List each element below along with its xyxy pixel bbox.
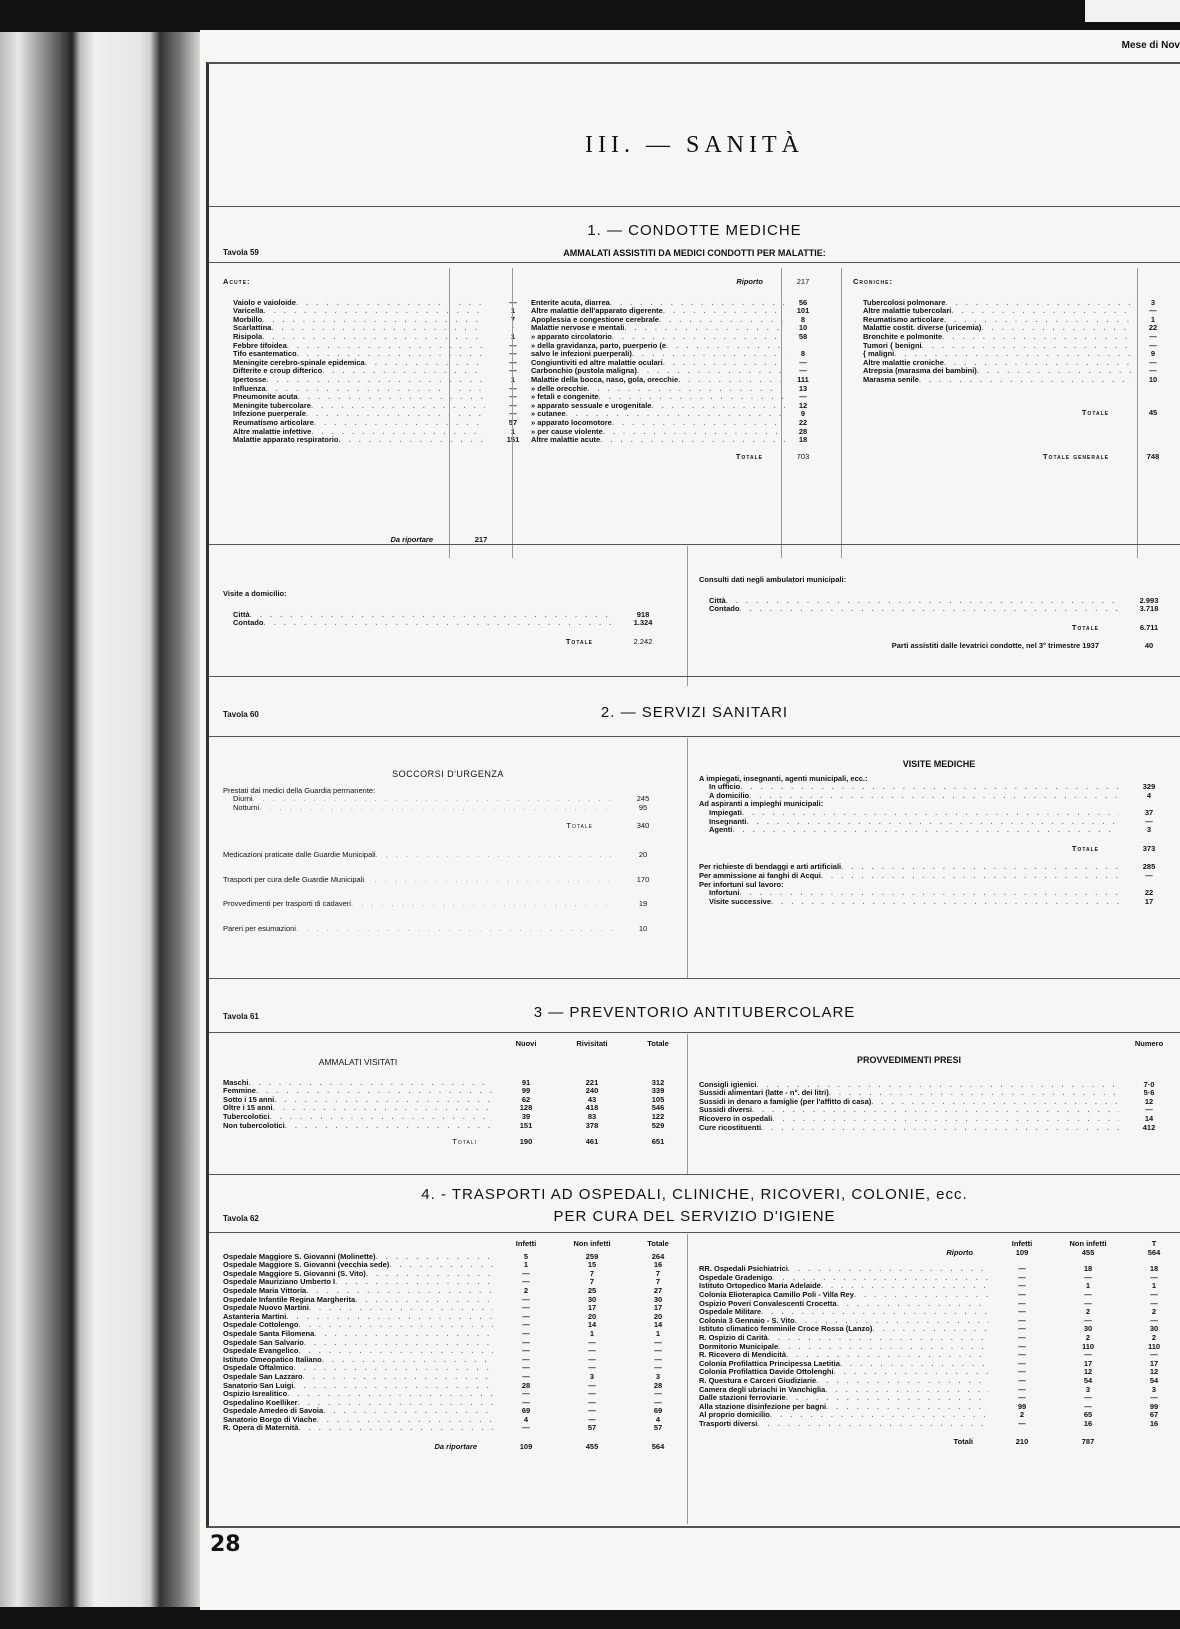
consulti-total-label: Totale (699, 624, 1119, 633)
leader-dots (366, 1270, 493, 1279)
leader-dots (821, 872, 1119, 881)
item-label: Pareri per esumazioni (223, 925, 296, 934)
column-rule (1137, 268, 1138, 558)
item-value: 17 (1119, 898, 1179, 907)
group3-label: Per infortuni sul lavoro: (699, 881, 1179, 890)
table-cell: — (493, 1424, 559, 1433)
leader-dots (270, 1113, 493, 1122)
item-value: 4 (1119, 792, 1179, 801)
table-cell: 54 (1121, 1377, 1180, 1386)
leader-dots (338, 436, 485, 445)
visite-domicilio: Visite a domicilio: Città918Contado1.324… (223, 590, 673, 646)
item-value: — (1119, 872, 1179, 881)
leader-dots (788, 1265, 989, 1274)
list-item: Notturni95 (223, 804, 673, 813)
item-value: 18 (785, 436, 821, 445)
list-item: Città2.993 (699, 597, 1179, 606)
leader-dots (761, 1124, 1119, 1133)
leader-dots (825, 1386, 989, 1395)
leader-dots (293, 1382, 493, 1391)
leader-dots (287, 1390, 493, 1399)
item-label: R. Opera di Maternità (223, 1424, 298, 1433)
item-label: Notturni (233, 804, 259, 813)
leader-dots (871, 1098, 1119, 1107)
leader-dots (314, 419, 485, 428)
consulti-heading: Consulti dati negli ambulatori municipal… (699, 576, 1179, 585)
item-value: 412 (1119, 1124, 1179, 1133)
column-rule (687, 546, 688, 686)
table-row: Alla stazione disinfezione per bagni99—9… (699, 1403, 1180, 1412)
leader-dots (266, 376, 485, 385)
list-item: Provvedimenti per trasporti di cadaveri1… (223, 900, 673, 909)
table-row: R. Opera di Maternità—5757 (223, 1424, 693, 1433)
list-item: Ricovero in ospedali14 (699, 1115, 1179, 1124)
group2-label: Ad aspiranti a impieghi municipali: (699, 800, 1179, 809)
table-row: Istituto climatico femminile Croce Rossa… (699, 1325, 1180, 1334)
section-title-preventorio: 3 — PREVENTORIO ANTITUBERCOLARE (209, 1004, 1180, 1021)
total-value: 703 (785, 453, 821, 462)
leader-dots (271, 324, 485, 333)
ammalati-total-label: Totali (223, 1138, 493, 1147)
acute-list: Acute: Vaiolo e vaioloide—Varicella1Morb… (223, 278, 541, 445)
column-rule (449, 268, 450, 558)
leader-dots (323, 1407, 493, 1416)
item-value: 1.324 (613, 619, 673, 628)
table-row: Ospedale Nuovo Martini—1717 (223, 1304, 693, 1313)
table-row: Ospizio Poveri Convalescenti Crocetta——— (699, 1300, 1180, 1309)
list-item: Agenti3 (699, 826, 1179, 835)
leader-dots (826, 1403, 989, 1412)
leader-dots (840, 1360, 989, 1369)
table-row: Oltre i 15 anni128418546 (223, 1104, 693, 1113)
table-cell: — (1121, 1274, 1180, 1283)
document-page: Mese di Nov III. — SANITÀ 1. — CONDOTTE … (200, 30, 1180, 1610)
croniche-total-value: 45 (1133, 409, 1173, 418)
row-label: R. Opera di Maternità (223, 1424, 493, 1433)
leader-dots (248, 1079, 493, 1088)
leader-dots (854, 1291, 989, 1300)
list-item: Insegnanti— (699, 818, 1179, 827)
list-item: Tumori { benigni— (853, 342, 1173, 351)
leader-dots (296, 925, 613, 934)
croniche-list: Croniche: Tubercolosi polmonare3Altre ma… (853, 278, 1173, 462)
total-cell: 787 (1055, 1438, 1121, 1447)
leader-dots (298, 1399, 493, 1408)
leader-dots (981, 324, 1133, 333)
leader-dots (678, 376, 785, 385)
leader-dots (311, 402, 485, 411)
item-label: Non tubercolotici (223, 1122, 285, 1131)
item-label: Trasporti diversi (699, 1420, 757, 1429)
leader-dots (740, 783, 1119, 792)
item-value: 20 (613, 851, 673, 860)
leader-dots (951, 307, 1133, 316)
row-label: Non tubercolotici (223, 1122, 493, 1131)
divider (209, 736, 1180, 737)
leader-dots (663, 307, 785, 316)
leader-dots (364, 876, 613, 885)
table-cell: 16 (1121, 1420, 1180, 1429)
leader-dots (771, 898, 1119, 907)
leader-dots (274, 1096, 493, 1105)
total-cell: 461 (559, 1138, 625, 1147)
list-item: Vaiolo e vaioloide— (223, 299, 541, 308)
table-row: Maschi91221312 (223, 1079, 693, 1088)
leader-dots (977, 367, 1133, 376)
column-header: Totale (625, 1240, 691, 1249)
list-item: Diurni245 (223, 795, 673, 804)
item-value: 58 (785, 333, 821, 342)
leader-dots (298, 1424, 493, 1433)
leader-dots (829, 1089, 1119, 1098)
provvedimenti-heading: PROVVEDIMENTI PRESI (699, 1040, 1119, 1065)
total-cell (1121, 1438, 1180, 1447)
section-title-trasporti: 4. - TRASPORTI AD OSPEDALI, CLINICHE, RI… (209, 1186, 1180, 1203)
item-label: Altre malattie acute (531, 436, 600, 445)
leader-dots (768, 1334, 989, 1343)
table-cell: 16 (1055, 1420, 1121, 1429)
column-header: Infetti (493, 1240, 559, 1249)
leader-dots (612, 419, 785, 428)
leader-dots (778, 1343, 989, 1352)
acute-cont-list: Riporto217 Enterite acuta, diarrea56Altr… (531, 278, 821, 461)
ammalati-heading: AMMALATI VISITATI (223, 1040, 493, 1067)
leader-dots (266, 385, 485, 394)
leader-dots (317, 1416, 493, 1425)
leader-dots (837, 1300, 989, 1309)
item-value: 10 (613, 925, 673, 934)
leader-dots (253, 795, 613, 804)
leader-dots (603, 428, 785, 437)
trasporti-total-label: Totali (699, 1438, 989, 1447)
list-item: Malattie apparato respiratorio151 (223, 436, 541, 445)
leader-dots (259, 804, 613, 813)
riporto-cell: 564 (1121, 1249, 1180, 1258)
table-row: Tubercolotici3983122 (223, 1113, 693, 1122)
list-item: Difterite e croup difterico— (223, 367, 541, 376)
leader-dots (263, 307, 485, 316)
column-rule (687, 1034, 688, 1174)
trasporti-carry-label: Da riportare (223, 1443, 493, 1452)
list-item: Infortuni22 (699, 889, 1179, 898)
soccorsi-urgenza: SOCCORSI D'URGENZA Prestati dai medici d… (223, 770, 673, 949)
consulti-total-value: 6.711 (1119, 624, 1179, 633)
leader-dots (726, 597, 1119, 606)
leader-dots (600, 436, 785, 445)
column-rule (512, 268, 513, 558)
croniche-total-label: Totale (853, 409, 1133, 418)
list-item: Altre malattie acute18 (531, 436, 821, 445)
item-value: 95 (613, 804, 673, 813)
leader-dots (651, 402, 785, 411)
main-title: III. — SANITÀ (209, 132, 1180, 159)
list-item: Impiegati37 (699, 809, 1179, 818)
leader-dots (351, 900, 613, 909)
list-item: Visite successive17 (699, 898, 1179, 907)
leader-dots (942, 333, 1133, 342)
riporto-cell: 109 (989, 1249, 1055, 1258)
leader-dots (256, 1087, 493, 1096)
visite-mediche: VISITE MEDICHE A impiegati, insegnanti, … (699, 760, 1179, 906)
leader-dots (335, 1278, 493, 1287)
leader-dots (919, 376, 1133, 385)
column-rule (687, 738, 688, 978)
leader-dots (293, 1364, 493, 1373)
leader-dots (262, 316, 485, 325)
running-head: Mese di Nov (1122, 40, 1180, 51)
provvedimenti-presi: PROVVEDIMENTI PRESI Numero Consigli igie… (699, 1040, 1179, 1132)
item-label: Medicazioni praticate dalle Guardie Muni… (223, 851, 376, 860)
leader-dots (322, 1356, 493, 1365)
leader-dots (322, 367, 485, 376)
total-label: Totale (531, 453, 785, 462)
divider (209, 262, 1180, 263)
leader-dots (624, 324, 785, 333)
table-row: Sotto i 15 anni6243105 (223, 1096, 693, 1105)
riporto-cell: 455 (1055, 1249, 1121, 1258)
leader-dots (663, 359, 785, 368)
item-label: Contado (233, 619, 263, 628)
row-label: Maschi (223, 1079, 493, 1088)
leader-dots (303, 1373, 493, 1382)
leader-dots (752, 1106, 1119, 1115)
vm-total-value: 373 (1119, 845, 1179, 854)
total-cell: 651 (625, 1138, 691, 1147)
leader-dots (309, 1304, 493, 1313)
column-rule (781, 268, 782, 558)
leader-dots (742, 809, 1119, 818)
item-label: Marasma senile (863, 376, 919, 385)
grand-total-label: Totale generale (853, 453, 1133, 462)
total-cell: 190 (493, 1138, 559, 1147)
leader-dots (250, 611, 613, 620)
column-header: Totale (625, 1040, 691, 1067)
carry-cell: 564 (625, 1443, 691, 1452)
leader-dots (841, 863, 1119, 872)
table-cell: 529 (625, 1122, 691, 1131)
item-label: Contado (709, 605, 739, 614)
item-value: 3.718 (1119, 605, 1179, 614)
section-title-servizi: 2. — SERVIZI SANITARI (209, 704, 1180, 721)
column-header: Nuovi (493, 1040, 559, 1067)
table-row: Ospedale San Lazzaro—33 (223, 1373, 693, 1382)
table-cell: 57 (625, 1424, 691, 1433)
list-item: Trasporti per cura delle Guardie Municip… (223, 876, 673, 885)
column-header: Rivisitati (559, 1040, 625, 1067)
list-item: Cure ricostituenti412 (699, 1124, 1179, 1133)
acute-heading: Acute: (223, 278, 541, 287)
item-label: Malattie apparato respiratorio (233, 436, 338, 445)
section-title-condotte: 1. — CONDOTTE MEDICHE (209, 222, 1180, 239)
leader-dots (287, 342, 485, 351)
leader-dots (314, 1330, 493, 1339)
leader-dots (376, 851, 613, 860)
list-item: » apparato sessuale e urogenitale12 (531, 402, 821, 411)
leader-dots (587, 385, 785, 394)
leader-dots (298, 393, 485, 402)
scan-bottom-border (0, 1607, 1180, 1629)
list-item: Varicella1 (223, 307, 541, 316)
column-rule (841, 268, 842, 558)
page-number: 28 (210, 1532, 241, 1557)
divider (209, 676, 1180, 677)
page-frame: III. — SANITÀ 1. — CONDOTTE MEDICHE Tavo… (206, 62, 1180, 1528)
leader-dots (285, 1122, 493, 1131)
divider (209, 1232, 1180, 1233)
visite-domicilio-heading: Visite a domicilio: (223, 590, 673, 599)
item-label: Agenti (709, 826, 732, 835)
leader-dots (770, 1411, 989, 1420)
leader-dots (922, 342, 1133, 351)
soccorsi-total-label: Totale (223, 822, 613, 831)
item-value: 170 (613, 876, 673, 885)
leader-dots (304, 1339, 493, 1348)
soccorsi-subheading: Prestati dai medici della Guardia perman… (223, 787, 673, 796)
leader-dots (355, 1296, 493, 1305)
divider (209, 978, 1180, 979)
list-item: Ipertosse1 (223, 376, 541, 385)
table-row: Sanatorio San Luigi28—28 (223, 1382, 693, 1391)
item-value: 19 (613, 900, 673, 909)
list-item: In ufficio329 (699, 783, 1179, 792)
book-binding-edge (0, 0, 215, 1629)
leader-dots (772, 1115, 1119, 1124)
soccorsi-heading: SOCCORSI D'URGENZA (223, 770, 673, 779)
item-label: Cure ricostituenti (699, 1124, 761, 1133)
vm-total-label: Totale (699, 845, 1119, 854)
list-item: Contado1.324 (223, 619, 673, 628)
leader-dots (306, 410, 485, 419)
list-item: Città918 (223, 611, 673, 620)
total-cell: 210 (989, 1438, 1055, 1447)
divider (209, 544, 1180, 545)
leader-dots (816, 1377, 989, 1386)
column-rule (687, 1234, 688, 1524)
leader-dots (286, 1313, 493, 1322)
leader-dots (376, 1253, 493, 1262)
scan-corner (1085, 0, 1180, 22)
leader-dots (298, 1347, 493, 1356)
table-cell: — (989, 1420, 1055, 1429)
table-cell: 57 (559, 1424, 625, 1433)
leader-dots (389, 1261, 493, 1270)
parti-label: Parti assistiti dalle levatrici condotte… (699, 642, 1119, 651)
leader-dots (757, 1420, 989, 1429)
ammalati-visitati: AMMALATI VISITATI NuoviRivisitatiTotale … (223, 1040, 693, 1147)
item-value: 3 (1119, 826, 1179, 835)
leader-dots (761, 1308, 989, 1317)
leader-dots (262, 333, 485, 342)
divider (209, 1174, 1180, 1175)
list-item: Sussidi in denaro a famiglie (per l'affi… (699, 1098, 1179, 1107)
leader-dots (296, 299, 485, 308)
table-row: Al proprio domicilio26567 (699, 1411, 1180, 1420)
item-value: 10 (1133, 376, 1173, 385)
divider (209, 1032, 1180, 1033)
riporto-label: Riporto (699, 1249, 989, 1258)
provvedimenti-column: Numero (1119, 1040, 1179, 1065)
trasporti-left-table: InfettiNon infettiTotale Ospedale Maggio… (223, 1240, 693, 1452)
table-row: Istituto Omeopatico Italiano——— (223, 1356, 693, 1365)
group1-label: A impiegati, insegnanti, agenti municipa… (699, 775, 1179, 784)
consulti: Consulti dati negli ambulatori municipal… (699, 576, 1179, 651)
scan-top-border (0, 0, 1180, 32)
leader-dots (263, 619, 613, 628)
leader-dots (273, 1104, 493, 1113)
list-item: Medicazioni praticate dalle Guardie Muni… (223, 851, 673, 860)
leader-dots (732, 826, 1119, 835)
soccorsi-total-value: 340 (613, 822, 673, 831)
table-cell: 30 (1121, 1325, 1180, 1334)
list-item: Pareri per esumazioni10 (223, 925, 673, 934)
leader-dots (739, 605, 1119, 614)
item-label: Provvedimenti per trasporti di cadaveri (223, 900, 351, 909)
trasporti-right-table: InfettiNon infettiT Riporto 109455564 RR… (699, 1240, 1180, 1447)
visite-total-value: 2.242 (613, 638, 673, 647)
riporto-label: Riporto (531, 278, 785, 287)
list-item: Scarlattina· (223, 324, 541, 333)
divider (209, 206, 1180, 207)
leader-dots (872, 1325, 989, 1334)
parti-value: 40 (1119, 642, 1179, 651)
leader-dots (834, 1368, 989, 1377)
table-cell: 151 (493, 1122, 559, 1131)
visite-mediche-heading: VISITE MEDICHE (699, 760, 1179, 769)
list-item: Marasma senile10 (853, 376, 1173, 385)
table-row: Non tubercolotici151378529 (223, 1122, 693, 1131)
table-cell: 378 (559, 1122, 625, 1131)
column-header: Non infetti (559, 1240, 625, 1249)
section-subtitle: AMMALATI ASSISTITI DA MEDICI CONDOTTI PE… (209, 248, 1180, 258)
item-label: Visite successive (709, 898, 771, 907)
item-label: Trasporti per cura delle Guardie Municip… (223, 876, 364, 885)
leader-dots (365, 359, 485, 368)
leader-dots (739, 889, 1119, 898)
table-row: Femmine99240339 (223, 1087, 693, 1096)
croniche-heading: Croniche: (853, 278, 1173, 287)
riporto-value: 217 (785, 278, 821, 287)
leader-dots (659, 316, 785, 325)
section-title-trasporti-2: PER CURA DEL SERVIZIO D'IGIENE (209, 1208, 1180, 1225)
leader-dots (945, 299, 1133, 308)
leader-dots (298, 1321, 493, 1330)
table-row: Trasporti diversi—1616 (699, 1420, 1180, 1429)
table-cell: — (1121, 1300, 1180, 1309)
list-item: Contado3.718 (699, 605, 1179, 614)
row-label: Trasporti diversi (699, 1420, 989, 1429)
leader-dots (666, 342, 785, 351)
visite-total-label: Totale (223, 638, 613, 647)
leader-dots (747, 818, 1119, 827)
grand-total-value: 748 (1133, 453, 1173, 462)
carry-cell: 455 (559, 1443, 625, 1452)
carry-cell: 109 (493, 1443, 559, 1452)
